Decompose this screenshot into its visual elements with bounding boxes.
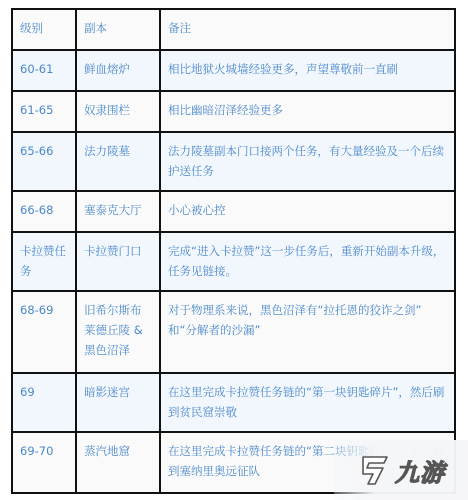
cell-note: 对于物理系来说，黑色沼泽有“拉托恩的狡诈之剑” 和“分解者的沙漏” bbox=[160, 291, 455, 373]
cell-level: 60-61 bbox=[12, 50, 76, 91]
cell-note: 在这里完成卡拉赞任务链的“第一块钥匙碎片”，然后刷到贫民窟崇敬 bbox=[160, 373, 455, 432]
cell-level: 66-68 bbox=[12, 191, 76, 232]
cell-note: 相比幽暗沼泽经验更多 bbox=[160, 91, 455, 132]
cell-dungeon: 塞泰克大厅 bbox=[76, 191, 160, 232]
cell-dungeon: 法力陵墓 bbox=[76, 132, 160, 191]
cell-level: 69-70 bbox=[12, 432, 76, 493]
header-level: 级别 bbox=[12, 9, 76, 50]
cell-level: 卡拉赞任务 bbox=[12, 232, 76, 291]
table-row: 69 暗影迷宫 在这里完成卡拉赞任务链的“第一块钥匙碎片”，然后刷到贫民窟崇敬 bbox=[12, 373, 455, 432]
cell-dungeon: 奴隶围栏 bbox=[76, 91, 160, 132]
cell-note: 相比地狱火城墙经验更多，声望尊敬前一直刷 bbox=[160, 50, 455, 91]
cell-level: 65-66 bbox=[12, 132, 76, 191]
cell-note: 小心被心控 bbox=[160, 191, 455, 232]
cell-dungeon: 暗影迷宫 bbox=[76, 373, 160, 432]
dungeon-leveling-table: 级别 副本 备注 60-61 鲜血熔炉 相比地狱火城墙经验更多，声望尊敬前一直刷… bbox=[11, 8, 456, 494]
table-row: 60-61 鲜血熔炉 相比地狱火城墙经验更多，声望尊敬前一直刷 bbox=[12, 50, 455, 91]
cell-level: 61-65 bbox=[12, 91, 76, 132]
table-row: 卡拉赞任务 卡拉赞门口 完成“进入卡拉赞”这一步任务后，重新开始副本升级，任务见… bbox=[12, 232, 455, 291]
header-note: 备注 bbox=[160, 9, 455, 50]
cell-dungeon: 卡拉赞门口 bbox=[76, 232, 160, 291]
cell-note: 完成“进入卡拉赞”这一步任务后，重新开始副本升级，任务见链接。 bbox=[160, 232, 455, 291]
jiuyou-logo-icon bbox=[357, 453, 391, 487]
cell-dungeon: 鲜血熔炉 bbox=[76, 50, 160, 91]
table-row: 68-69 旧希尔斯布莱德丘陵 & 黑色沼泽 对于物理系来说，黑色沼泽有“拉托恩… bbox=[12, 291, 455, 373]
cell-level: 69 bbox=[12, 373, 76, 432]
table-row: 65-66 法力陵墓 法力陵墓副本门口接两个任务，有大量经验及一个后续护送任务 bbox=[12, 132, 455, 191]
table-row: 61-65 奴隶围栏 相比幽暗沼泽经验更多 bbox=[12, 91, 455, 132]
jiuyou-watermark: 九游 bbox=[334, 440, 468, 500]
cell-level: 68-69 bbox=[12, 291, 76, 373]
cell-note: 法力陵墓副本门口接两个任务，有大量经验及一个后续护送任务 bbox=[160, 132, 455, 191]
header-dungeon: 副本 bbox=[76, 9, 160, 50]
cell-dungeon: 蒸汽地窟 bbox=[76, 432, 160, 493]
cell-dungeon: 旧希尔斯布莱德丘陵 & 黑色沼泽 bbox=[76, 291, 160, 373]
watermark-text: 九游 bbox=[395, 453, 445, 488]
table-row: 66-68 塞泰克大厅 小心被心控 bbox=[12, 191, 455, 232]
header-row: 级别 副本 备注 bbox=[12, 9, 455, 50]
